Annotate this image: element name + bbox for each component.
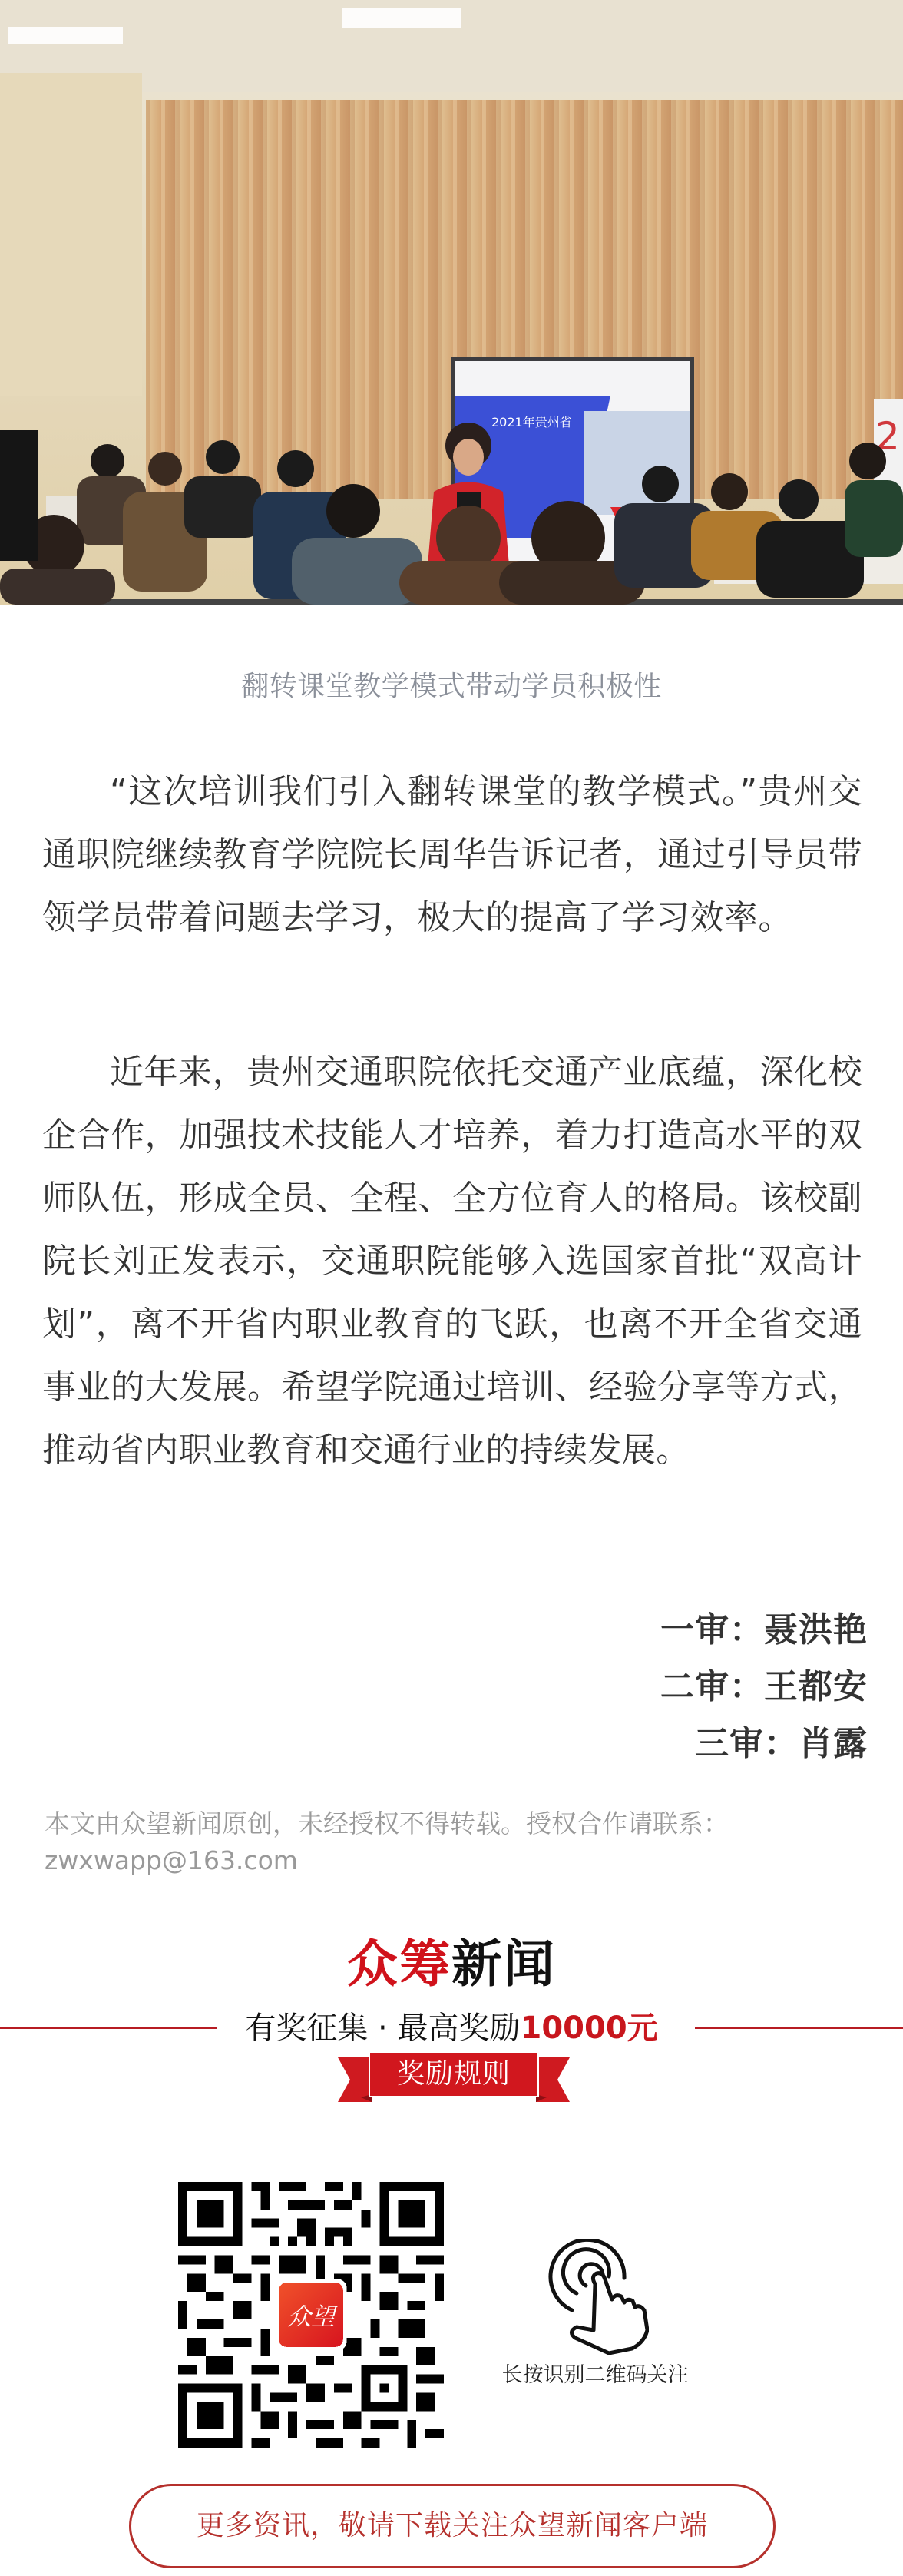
first-reviewer: 一审：聂洪艳 <box>660 1602 868 1659</box>
qr-scan-hint: 长按识别二维码关注 <box>491 2360 699 2391</box>
promo-subtitle: 有奖征集 · 最高奖励10000元 <box>0 2007 903 2049</box>
promo-title: 众筹新闻 <box>0 1930 903 1999</box>
promo-title-red: 众筹 <box>347 1934 451 1994</box>
copyright-notice: 本文由众望新闻原创，未经授权不得转载。授权合作请联系：zwxwapp@163.c… <box>45 1805 858 1879</box>
tap-hand-icon <box>541 2239 649 2355</box>
app-logo-text: 众望 <box>287 2303 338 2331</box>
reward-rules-button[interactable]: 奖励规则 <box>370 2053 537 2096</box>
article-paragraph-1: “这次培训我们引入翻转课堂的教学模式。”贵州交通职院继续教育学院院长周华告诉记者… <box>42 761 862 950</box>
photo-caption: 翻转课堂教学模式带动学员积极性 <box>0 667 903 707</box>
promo-subtitle-prefix: 有奖征集 · 最高奖励 <box>245 2011 520 2046</box>
promo-title-black: 新闻 <box>451 1934 556 1994</box>
third-reviewer: 三审：肖露 <box>660 1716 868 1772</box>
promo-reward-amount: 10000元 <box>520 2011 657 2046</box>
qr-code[interactable]: 众望 <box>178 2182 444 2448</box>
reviewer-credits: 一审：聂洪艳 二审：王都安 三审：肖露 <box>660 1602 868 1772</box>
photo-screen-text: 2021年贵州省 <box>491 415 572 429</box>
article-paragraph-2: 近年来，贵州交通职院依托交通产业底蕴，深化校企合作，加强技术技能人才培养，着力打… <box>42 1041 862 1482</box>
download-app-banner[interactable]: 更多资讯，敬请下载关注众望新闻客户端 <box>129 2484 776 2568</box>
second-reviewer: 二审：王都安 <box>660 1659 868 1716</box>
article-photo: 2021年贵州省 2 <box>0 0 903 605</box>
